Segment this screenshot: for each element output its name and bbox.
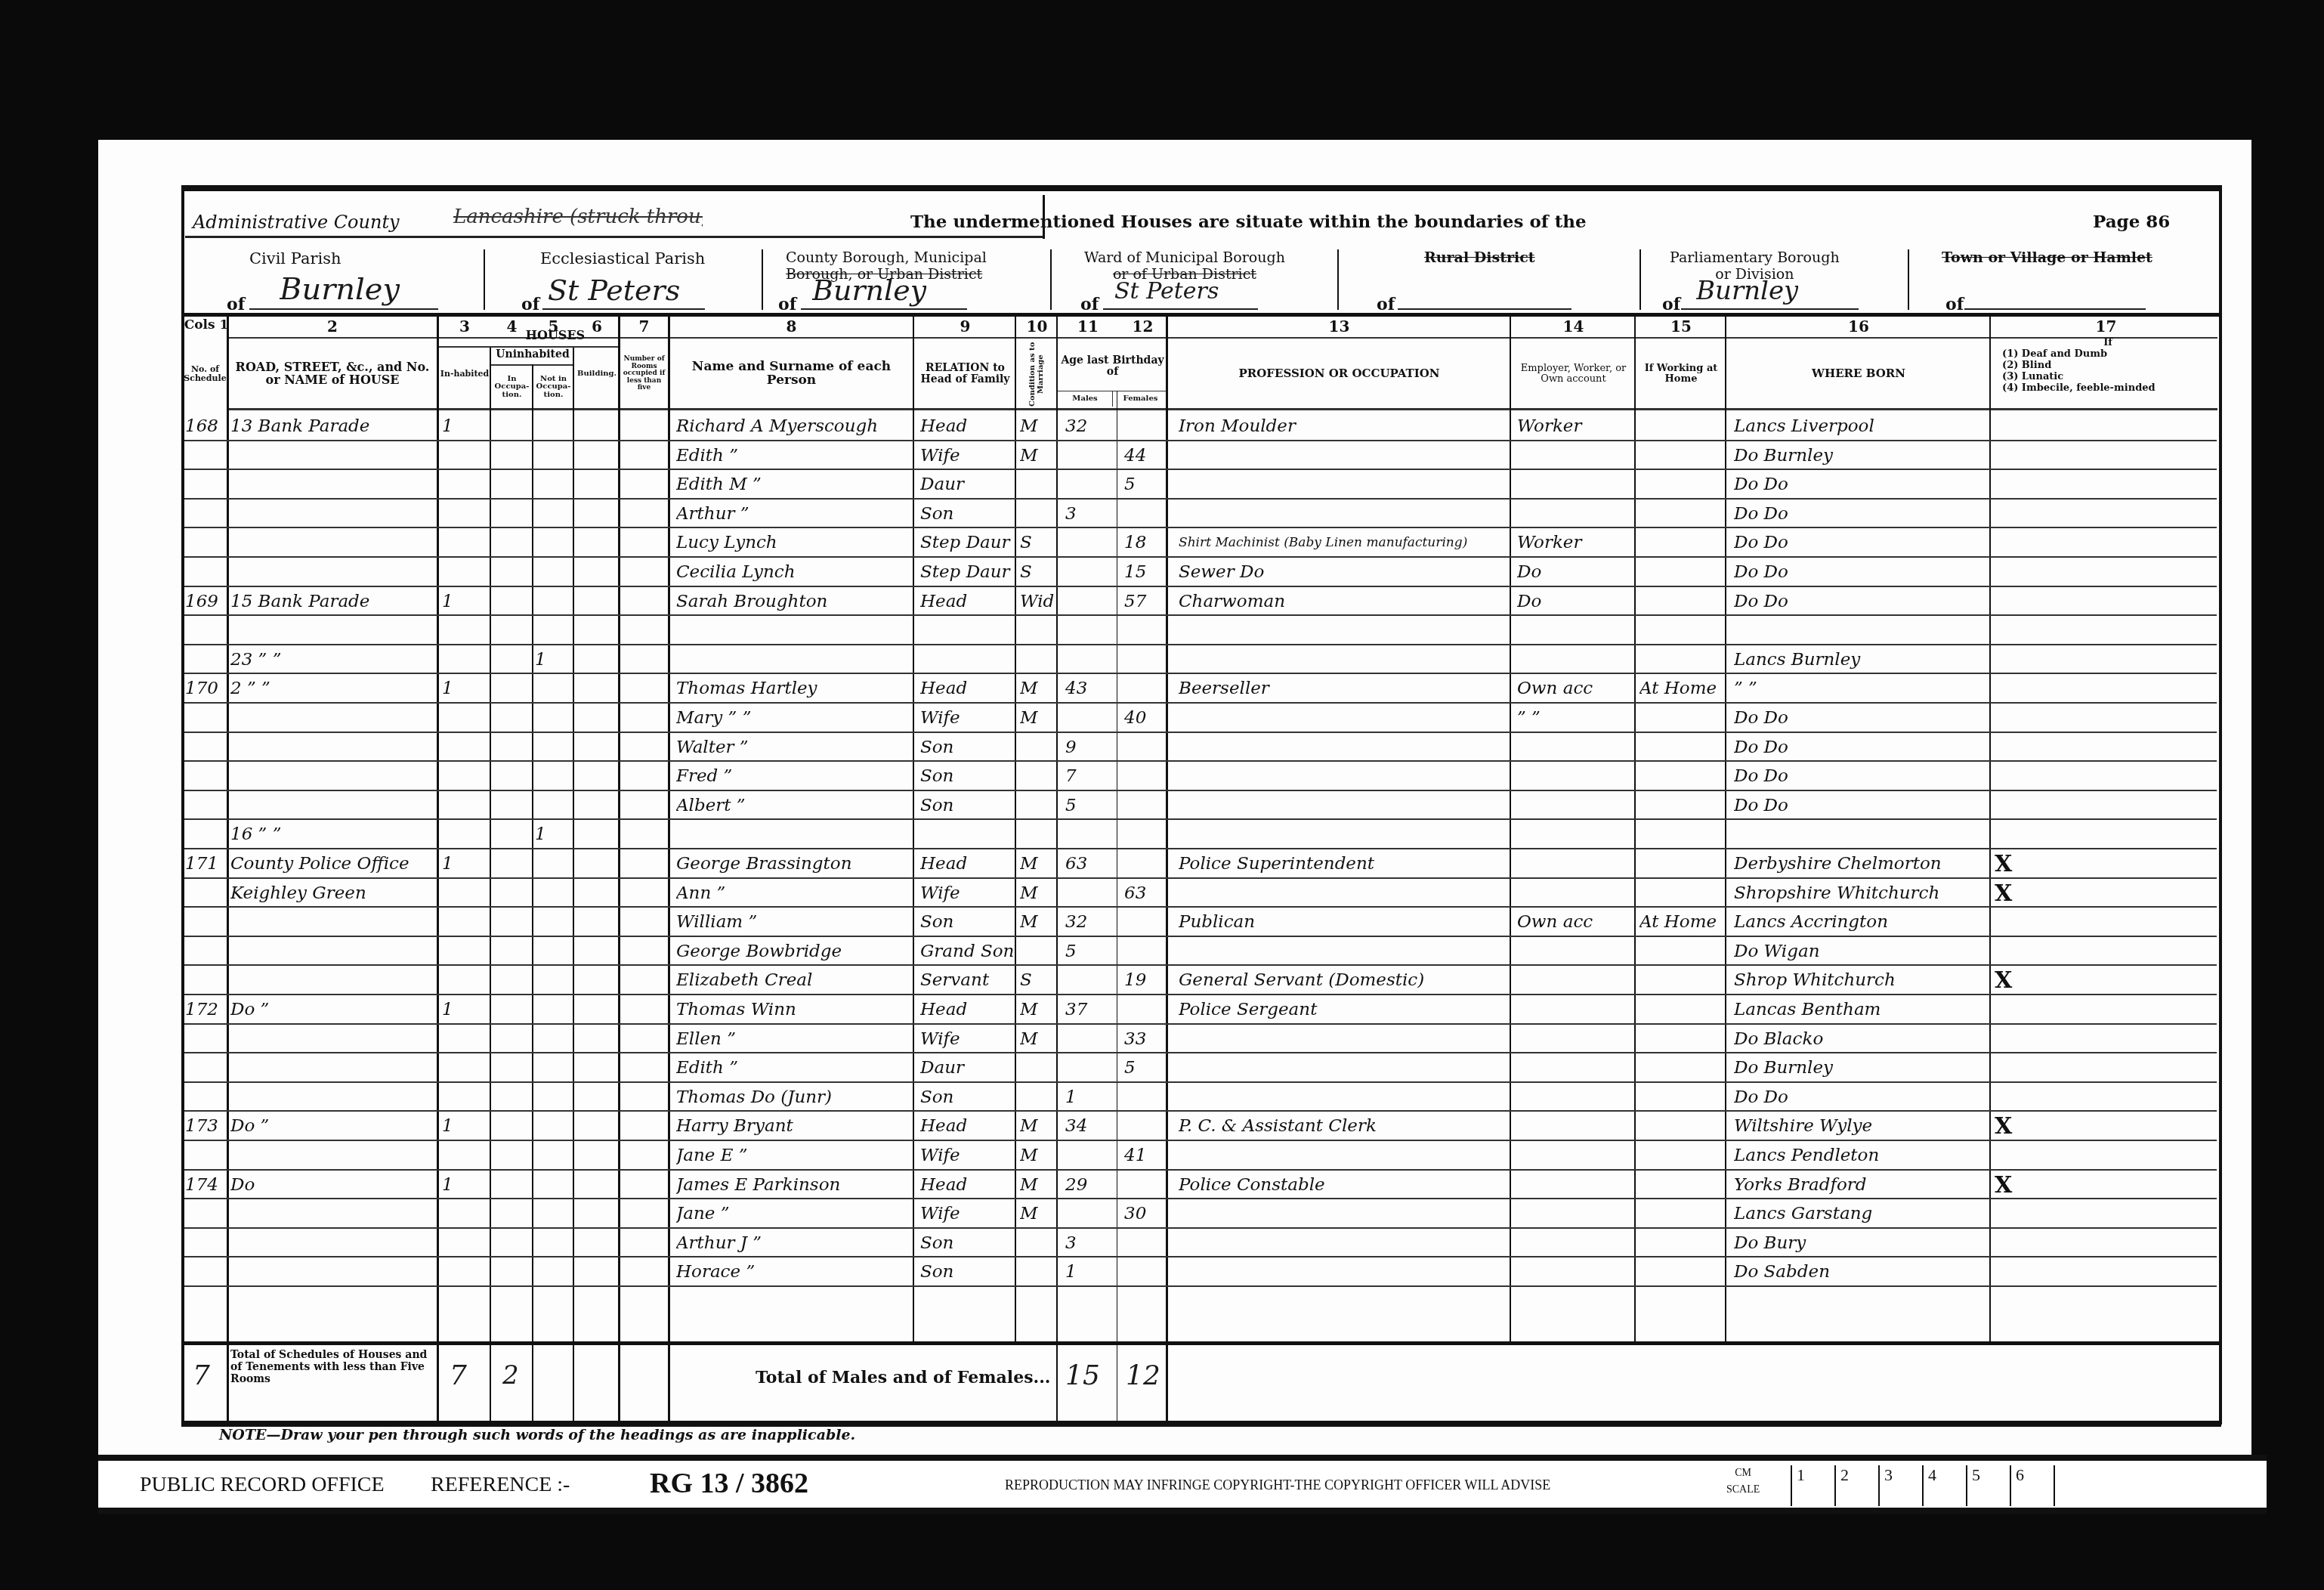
uninhabited-not-in-occupation — [535, 500, 573, 529]
occupation — [1179, 645, 1509, 675]
uninhabited-not-in-occupation — [535, 587, 573, 617]
building — [576, 849, 617, 879]
scale-label: SCALE — [1726, 1482, 1760, 1499]
age-female — [1124, 762, 1166, 791]
infirmity — [1995, 733, 2214, 763]
person-name: Elizabeth Creal — [676, 966, 912, 995]
person-name: Jane E ” — [676, 1141, 912, 1171]
header-building: Building. — [574, 351, 620, 397]
condition: M — [1020, 879, 1056, 908]
person-name: George Bowbridge — [676, 937, 912, 967]
uninhabited-in-occupation — [493, 1053, 530, 1083]
road-address: County Police Office — [230, 849, 436, 879]
uninhabited-not-in-occupation — [535, 879, 573, 908]
relation: Son — [920, 908, 1014, 937]
relation: Wife — [920, 1025, 1014, 1054]
rooms — [621, 558, 666, 587]
infirmity: X — [1995, 966, 2214, 995]
employment-status — [1517, 1171, 1634, 1200]
rooms — [621, 645, 666, 675]
schedule-number — [185, 966, 227, 995]
road-address: Do — [230, 1171, 436, 1200]
rooms — [621, 412, 666, 441]
relation: Wife — [920, 879, 1014, 908]
age-female — [1124, 500, 1166, 529]
working-at-home — [1639, 937, 1724, 967]
header-rooms: Number of Rooms occupied if less than fi… — [620, 344, 669, 404]
condition — [1020, 762, 1056, 791]
total-schedules-count: 7 — [193, 1360, 210, 1391]
rural-district-of: of — [1377, 295, 1395, 314]
age-male — [1065, 587, 1115, 617]
inhabited — [442, 528, 489, 558]
occupation — [1179, 733, 1509, 763]
employment-status — [1517, 733, 1634, 763]
employment-status — [1517, 1053, 1634, 1083]
relation: Son — [920, 762, 1014, 791]
age-female: 5 — [1124, 470, 1166, 500]
building — [576, 733, 617, 763]
col-num-17: 17 — [1991, 317, 2221, 336]
uninhabited-not-in-occupation — [535, 1141, 573, 1171]
infirmity — [1995, 908, 2214, 937]
uninhabited-in-occupation — [493, 1083, 530, 1112]
infirmity — [1995, 791, 2214, 821]
condition — [1020, 1229, 1056, 1258]
total-persons-label: Total of Males and of Females... — [756, 1368, 1051, 1387]
inhabited: 1 — [442, 674, 489, 704]
where-born: Do Do — [1734, 1083, 1989, 1112]
rooms — [621, 966, 666, 995]
condition — [1020, 1083, 1056, 1112]
condition: M — [1020, 908, 1056, 937]
ward-label-1: Ward of Municipal Borough — [1084, 249, 1285, 266]
uninhabited-in-occupation — [493, 587, 530, 617]
person-name: Lucy Lynch — [676, 528, 912, 558]
header-females: Females — [1112, 391, 1168, 407]
divider — [181, 313, 2221, 317]
uninhabited-in-occupation — [493, 470, 530, 500]
working-at-home — [1639, 616, 1724, 645]
relation: Head — [920, 674, 1014, 704]
age-male — [1065, 441, 1115, 471]
occupation: Sewer Do — [1179, 558, 1509, 587]
age-female — [1124, 1171, 1166, 1200]
relation: Head — [920, 995, 1014, 1025]
rooms — [621, 1199, 666, 1229]
road-address — [230, 1141, 436, 1171]
col-line — [490, 348, 491, 1421]
working-at-home — [1639, 528, 1724, 558]
relation — [920, 645, 1014, 675]
infirmity — [1995, 1083, 2214, 1112]
divider — [185, 236, 1043, 238]
page-number: 86 — [2146, 212, 2170, 232]
uninhabited-in-occupation — [493, 820, 530, 849]
uninhabited-in-occupation — [493, 1025, 530, 1054]
uninhabited-in-occupation — [493, 937, 530, 967]
page-label-text: Page — [2093, 212, 2140, 232]
uninhabited-in-occupation — [493, 733, 530, 763]
divider — [1908, 249, 1909, 310]
employment-status — [1517, 441, 1634, 471]
uninhabited-not-in-occupation — [535, 791, 573, 821]
infirmity — [1995, 1229, 2214, 1258]
col-line — [618, 317, 620, 1421]
where-born: Do Do — [1734, 500, 1989, 529]
road-address: Keighley Green — [230, 879, 436, 908]
occupation: P. C. & Assistant Clerk — [1179, 1112, 1509, 1141]
header-schedule: No. of Schedule — [184, 340, 227, 408]
col-line — [913, 317, 914, 1341]
age-male — [1065, 1053, 1115, 1083]
total-schedules-label: Total of Schedules of Houses and of Tene… — [230, 1349, 434, 1385]
working-at-home — [1639, 645, 1724, 675]
where-born: Do Blacko — [1734, 1025, 1989, 1054]
road-address — [230, 1053, 436, 1083]
frame-top — [181, 185, 2221, 191]
age-male — [1065, 470, 1115, 500]
ward-of: of — [1080, 295, 1099, 314]
header-employer: Employer, Worker, or Own account — [1511, 340, 1636, 408]
person-name: Arthur ” — [676, 500, 912, 529]
condition — [1020, 937, 1056, 967]
uninhabited-not-in-occupation — [535, 762, 573, 791]
col-line — [1725, 317, 1726, 1341]
where-born: Do Do — [1734, 704, 1989, 733]
administrative-county-label: Administrative County — [193, 212, 400, 233]
age-female — [1124, 995, 1166, 1025]
relation: Son — [920, 791, 1014, 821]
age-male: 29 — [1065, 1171, 1115, 1200]
parliamentary-borough-value: Burnley — [1696, 276, 1798, 306]
occupation — [1179, 1199, 1509, 1229]
schedule-number: 174 — [185, 1171, 227, 1200]
age-female — [1124, 1083, 1166, 1112]
infirmity — [1995, 1141, 2214, 1171]
col-num-14: 14 — [1511, 317, 1636, 336]
uninhabited-in-occupation — [493, 1171, 530, 1200]
rooms — [621, 528, 666, 558]
infirmity — [1995, 1025, 2214, 1054]
age-female — [1124, 616, 1166, 645]
occupation — [1179, 1257, 1509, 1287]
inhabited — [442, 1083, 489, 1112]
row-rule — [184, 1285, 2217, 1287]
archive-footer: PUBLIC RECORD OFFICE REFERENCE :- RG 13 … — [98, 1455, 2267, 1514]
underline — [1964, 308, 2146, 310]
age-female: 30 — [1124, 1199, 1166, 1229]
schedule-number — [185, 645, 227, 675]
civil-parish-of: of — [227, 295, 245, 314]
road-address — [230, 733, 436, 763]
person-name: Thomas Hartley — [676, 674, 912, 704]
person-name: Richard A Myerscough — [676, 412, 912, 441]
infirmity: X — [1995, 1171, 2214, 1200]
uninhabited-not-in-occupation: 1 — [535, 645, 573, 675]
uninhabited-in-occupation — [493, 412, 530, 441]
uninhabited-not-in-occupation — [535, 733, 573, 763]
inhabited — [442, 1199, 489, 1229]
age-female — [1124, 412, 1166, 441]
inhabited — [442, 879, 489, 908]
occupation — [1179, 500, 1509, 529]
rooms — [621, 1083, 666, 1112]
road-address — [230, 558, 436, 587]
age-male: 5 — [1065, 937, 1115, 967]
where-born: Do Sabden — [1734, 1257, 1989, 1287]
total-inhabited: 7 — [450, 1360, 467, 1391]
inhabited: 1 — [442, 849, 489, 879]
uninhabited-not-in-occupation — [535, 528, 573, 558]
header-age: Age last Birthday of — [1058, 344, 1167, 389]
rooms — [621, 1112, 666, 1141]
age-female: 63 — [1124, 879, 1166, 908]
scale-end — [2054, 1465, 2060, 1506]
uninhabited-in-occupation — [493, 791, 530, 821]
condition: M — [1020, 1112, 1056, 1141]
road-address — [230, 470, 436, 500]
age-male: 9 — [1065, 733, 1115, 763]
relation: Wife — [920, 1141, 1014, 1171]
uninhabited-not-in-occupation — [535, 470, 573, 500]
condition — [1020, 820, 1056, 849]
building — [576, 1025, 617, 1054]
header-uninhabited: Uninhabited — [491, 346, 574, 363]
schedule-number: 172 — [185, 995, 227, 1025]
uninhabited-in-occupation — [493, 616, 530, 645]
building — [576, 1171, 617, 1200]
occupation — [1179, 820, 1509, 849]
person-name: Albert ” — [676, 791, 912, 821]
age-female — [1124, 849, 1166, 879]
condition: M — [1020, 441, 1056, 471]
age-male — [1065, 1141, 1115, 1171]
header-not-in-occupation: Not in Occupa-tion. — [533, 367, 574, 408]
occupation — [1179, 470, 1509, 500]
occupation — [1179, 791, 1509, 821]
ecclesiastical-parish-of: of — [521, 295, 539, 314]
road-address — [230, 704, 436, 733]
age-male — [1065, 616, 1115, 645]
age-male — [1065, 704, 1115, 733]
road-address — [230, 1199, 436, 1229]
condition: M — [1020, 1171, 1056, 1200]
age-male: 3 — [1065, 1229, 1115, 1258]
divider — [227, 408, 2217, 410]
scale-mark: 4 — [1922, 1465, 1967, 1506]
condition — [1020, 500, 1056, 529]
age-male — [1065, 820, 1115, 849]
where-born: ” ” — [1734, 674, 1989, 704]
uninhabited-not-in-occupation — [535, 616, 573, 645]
where-born: Do Do — [1734, 587, 1989, 617]
rooms — [621, 820, 666, 849]
condition: S — [1020, 558, 1056, 587]
condition: Wid — [1020, 587, 1056, 617]
uninhabited-not-in-occupation — [535, 441, 573, 471]
condition: S — [1020, 528, 1056, 558]
employment-status — [1517, 470, 1634, 500]
uninhabited-in-occupation — [493, 995, 530, 1025]
underline — [1681, 308, 1859, 310]
working-at-home — [1639, 558, 1724, 587]
relation: Son — [920, 500, 1014, 529]
schedule-number — [185, 1257, 227, 1287]
header-infirmity: If (1) Deaf and Dumb (2) Blind (3) Lunat… — [2002, 337, 2214, 394]
employment-status — [1517, 1141, 1634, 1171]
uninhabited-in-occupation — [493, 704, 530, 733]
uninhabited-not-in-occupation — [535, 966, 573, 995]
underline — [249, 308, 438, 310]
occupation: Police Sergeant — [1179, 995, 1509, 1025]
infirmity-blind: (2) Blind — [2002, 360, 2214, 371]
scale-mark: 2 — [1834, 1465, 1880, 1506]
inhabited — [442, 966, 489, 995]
rooms — [621, 995, 666, 1025]
inhabited — [442, 1229, 489, 1258]
occupation: Publican — [1179, 908, 1509, 937]
working-at-home — [1639, 412, 1724, 441]
col-line — [1056, 317, 1058, 1421]
rooms — [621, 1257, 666, 1287]
rooms — [621, 500, 666, 529]
parliamentary-borough-of: of — [1662, 295, 1680, 314]
road-address — [230, 1229, 436, 1258]
rooms — [621, 849, 666, 879]
divider — [1639, 249, 1641, 310]
inhabited — [442, 937, 489, 967]
uninhabited-in-occupation — [493, 674, 530, 704]
where-born: Shropshire Whitchurch — [1734, 879, 1989, 908]
col-line — [437, 317, 439, 1421]
working-at-home — [1639, 1083, 1724, 1112]
relation: Daur — [920, 1053, 1014, 1083]
parliamentary-borough-label-1: Parliamentary Borough — [1670, 249, 1840, 266]
where-born: Do Do — [1734, 762, 1989, 791]
age-male: 32 — [1065, 908, 1115, 937]
inhabited — [442, 1053, 489, 1083]
road-address — [230, 1257, 436, 1287]
col-line — [1634, 317, 1636, 1341]
col-line — [227, 317, 229, 1421]
building — [576, 1083, 617, 1112]
schedule-number — [185, 762, 227, 791]
schedule-number — [185, 616, 227, 645]
relation: Step Daur — [920, 558, 1014, 587]
age-male — [1065, 1199, 1115, 1229]
scale-mark: 3 — [1878, 1465, 1924, 1506]
relation: Step Daur — [920, 528, 1014, 558]
scale-mark: 6 — [2010, 1465, 2055, 1506]
rooms — [621, 908, 666, 937]
record-office-label: PUBLIC RECORD OFFICE — [140, 1473, 385, 1497]
age-female: 33 — [1124, 1025, 1166, 1054]
where-born: Do Do — [1734, 558, 1989, 587]
col-num-11: 11 — [1058, 317, 1118, 336]
where-born: Lancas Bentham — [1734, 995, 1989, 1025]
relation: Son — [920, 733, 1014, 763]
age-female: 15 — [1124, 558, 1166, 587]
working-at-home — [1639, 1257, 1724, 1287]
rooms — [621, 879, 666, 908]
schedule-number — [185, 733, 227, 763]
infirmity — [1995, 470, 2214, 500]
employment-status — [1517, 995, 1634, 1025]
rooms — [621, 1141, 666, 1171]
occupation — [1179, 937, 1509, 967]
occupation: Iron Moulder — [1179, 412, 1509, 441]
where-born: Lancs Accrington — [1734, 908, 1989, 937]
uninhabited-not-in-occupation — [535, 1112, 573, 1141]
col-num-9: 9 — [914, 317, 1016, 336]
building — [576, 587, 617, 617]
building — [576, 966, 617, 995]
working-at-home — [1639, 762, 1724, 791]
occupation: Beerseller — [1179, 674, 1509, 704]
rural-district-label: Rural District — [1424, 249, 1535, 266]
employment-status: Do — [1517, 587, 1634, 617]
person-name: Edith M ” — [676, 470, 912, 500]
employment-status — [1517, 937, 1634, 967]
building — [576, 908, 617, 937]
underline — [542, 308, 705, 310]
rooms — [621, 470, 666, 500]
schedule-number — [185, 1199, 227, 1229]
infirmity-deaf-dumb: (1) Deaf and Dumb — [2002, 348, 2214, 360]
infirmity — [1995, 500, 2214, 529]
working-at-home — [1639, 879, 1724, 908]
col-line — [1166, 317, 1168, 1421]
working-at-home — [1639, 704, 1724, 733]
where-born: Lancs Garstang — [1734, 1199, 1989, 1229]
road-address — [230, 500, 436, 529]
person-name: Harry Bryant — [676, 1112, 912, 1141]
inhabited — [442, 500, 489, 529]
schedule-number: 170 — [185, 674, 227, 704]
condition — [1020, 733, 1056, 763]
cm-scale-label: CMSCALE — [1726, 1465, 1760, 1499]
where-born: Do Burnley — [1734, 441, 1989, 471]
building — [576, 674, 617, 704]
working-at-home — [1639, 1025, 1724, 1054]
building — [576, 645, 617, 675]
employment-status — [1517, 1199, 1634, 1229]
building — [576, 791, 617, 821]
age-male: 1 — [1065, 1257, 1115, 1287]
rooms — [621, 1229, 666, 1258]
infirmity — [1995, 1199, 2214, 1229]
col-num-7: 7 — [620, 317, 669, 336]
condition: M — [1020, 412, 1056, 441]
header-condition: Condition as to Marriage — [1016, 340, 1058, 408]
relation: Wife — [920, 1199, 1014, 1229]
uninhabited-not-in-occupation — [535, 995, 573, 1025]
schedule-number: 168 — [185, 412, 227, 441]
scale-mark: 1 — [1791, 1465, 1836, 1506]
relation: Son — [920, 1257, 1014, 1287]
col-num-8: 8 — [669, 317, 914, 336]
occupation: General Servant (Domestic) — [1179, 966, 1509, 995]
header-name: Name and Surname of each Person — [669, 340, 914, 408]
inhabited — [442, 733, 489, 763]
condition: S — [1020, 966, 1056, 995]
header-relation: RELATION to Head of Family — [914, 340, 1016, 408]
occupation: Police Superintendent — [1179, 849, 1509, 879]
relation: Son — [920, 1083, 1014, 1112]
age-female: 5 — [1124, 1053, 1166, 1083]
schedule-number — [185, 1025, 227, 1054]
